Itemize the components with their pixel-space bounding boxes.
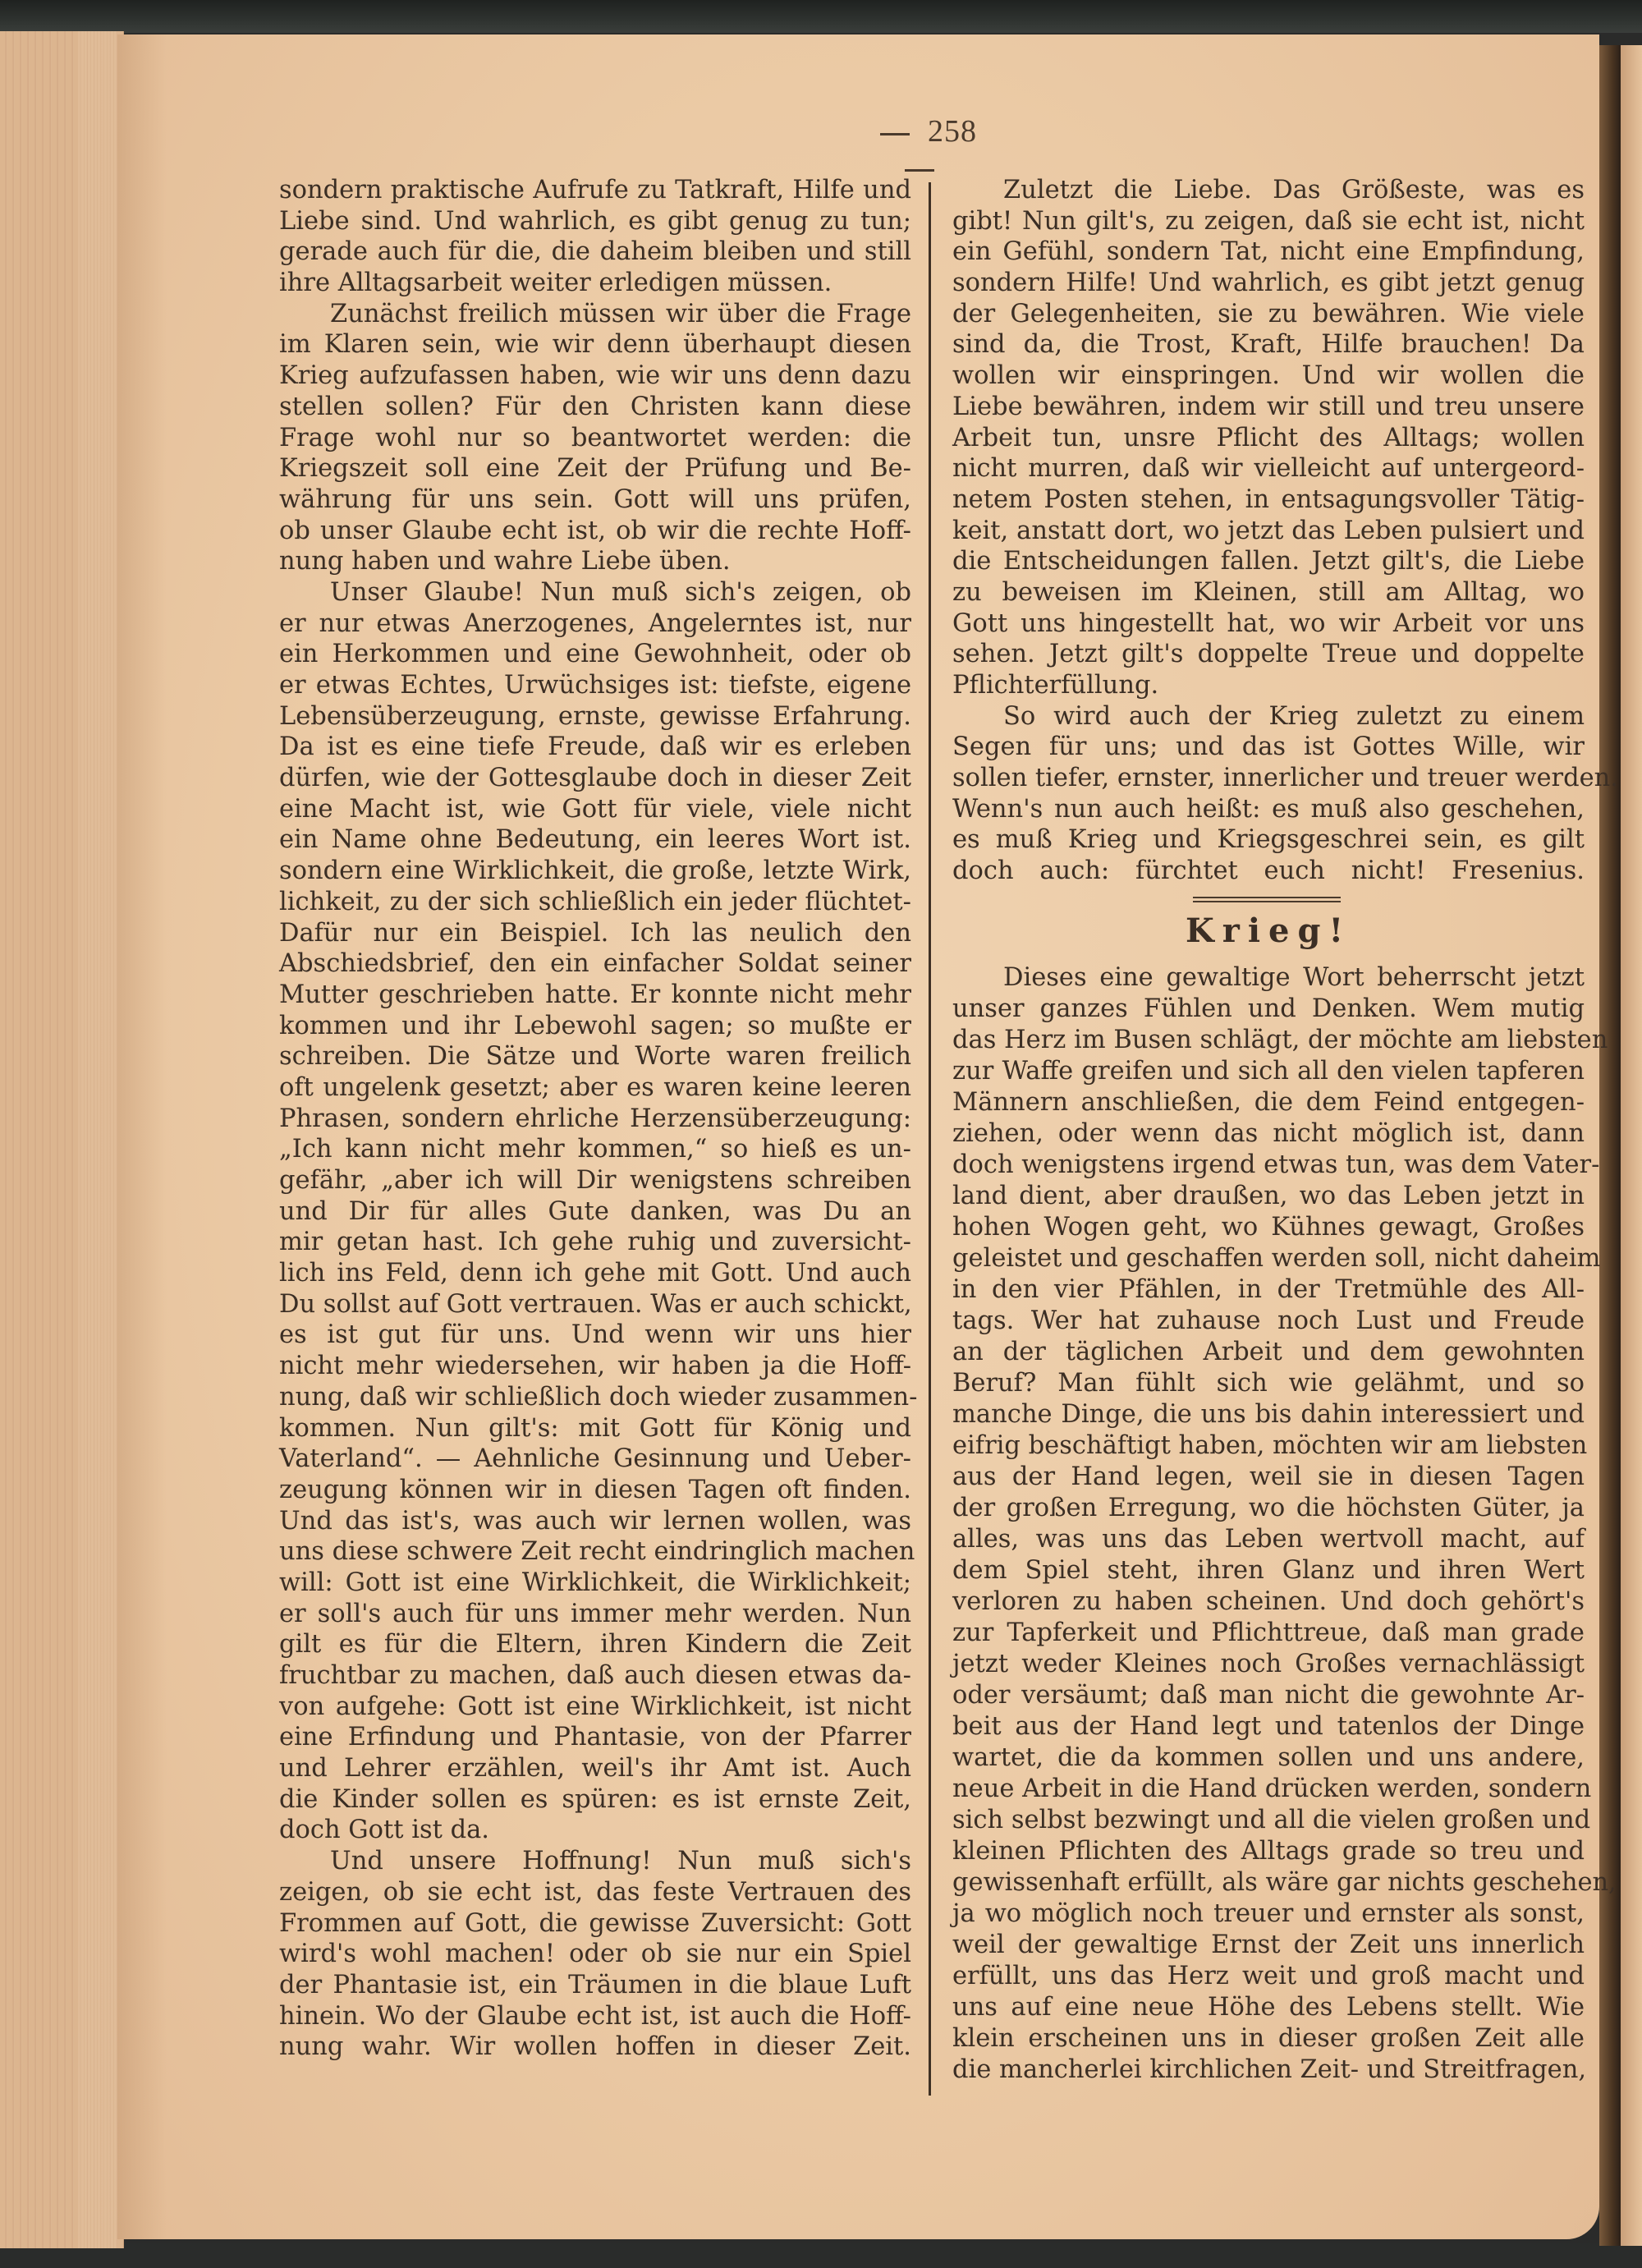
text-line: eine Macht ist, wie Gott für viele, viel…	[279, 794, 911, 825]
book-cover-bottom	[0, 2243, 1642, 2268]
text-line: der Gelegenheiten, sie zu bewähren. Wie …	[952, 299, 1585, 330]
text-line: kommen und ihr Lebewohl sagen; so mußte …	[279, 1011, 911, 1042]
text-line: oder versäumt; daß man nicht die gewohnt…	[952, 1680, 1585, 1711]
text-line: Vaterland“. — Aehnliche Gesinnung und Ue…	[279, 1444, 911, 1475]
text-line: es muß Krieg und Kriegsgeschrei sein, es…	[952, 824, 1585, 856]
text-line: im Klaren sein, wie wir denn überhaupt d…	[279, 329, 911, 360]
text-line: wird's wohl machen! oder ob sie nur ein …	[279, 1939, 911, 1970]
text-line: zeugung können wir in diesen Tagen oft f…	[279, 1475, 911, 1506]
text-line: gerade auch für die, die daheim bleiben …	[279, 236, 911, 268]
text-line: hinein. Wo der Glaube echt ist, ist auch…	[279, 2001, 911, 2032]
text-line: der großen Erregung, wo die höchsten Güt…	[952, 1493, 1585, 1524]
text-line: der Phantasie ist, ein Träumen in die bl…	[279, 1970, 911, 2001]
text-line: das Herz im Busen schlägt, der möchte am…	[952, 1025, 1585, 1056]
text-line: an der täglichen Arbeit und dem gewohnte…	[952, 1337, 1585, 1368]
text-line: ein Herkommen und eine Gewohnheit, oder …	[279, 639, 911, 670]
text-line: Du sollst auf Gott vertrauen. Was er auc…	[279, 1289, 911, 1320]
page-shadow	[117, 34, 167, 2239]
text-line: wartet, die da kommen sollen und uns and…	[952, 1742, 1585, 1774]
text-line: mir getan hast. Ich gehe ruhig und zuver…	[279, 1227, 911, 1258]
paragraph-start: So wird auch der Krieg zuletzt zu einem	[952, 701, 1585, 732]
text-line: sind da, die Trost, Kraft, Hilfe brauche…	[952, 329, 1585, 360]
text-line: oft ungelenk gesetzt; aber es waren kein…	[279, 1072, 911, 1104]
text-line: Beruf? Man fühlt sich wie gelähmt, und s…	[952, 1368, 1585, 1399]
text-line: die Kinder sollen es spüren: es ist erns…	[279, 1784, 911, 1816]
text-line: Frommen auf Gott, die gewisse Zuversicht…	[279, 1908, 911, 1940]
text-line: nung, daß wir schließlich doch wieder zu…	[279, 1382, 911, 1413]
text-line: geleistet und geschaffen werden soll, ni…	[952, 1243, 1585, 1274]
text-line: land dient, aber draußen, wo das Leben j…	[952, 1181, 1585, 1212]
text-line: Phrasen, sondern ehrliche Herzensüberzeu…	[279, 1104, 911, 1135]
text-line: lichkeit, zu der sich schließlich ein je…	[279, 887, 911, 918]
dash-left	[880, 133, 910, 135]
text-line: manche Dinge, die uns bis dahin interess…	[952, 1399, 1585, 1430]
text-line: ihre Alltagsarbeit weiter erledigen müss…	[279, 268, 911, 299]
text-line: uns diese schwere Zeit recht eindringlic…	[279, 1536, 911, 1568]
text-line: dürfen, wie der Gottesglaube doch in die…	[279, 763, 911, 794]
text-line: dem Spiel steht, ihren Glanz und ihren W…	[952, 1555, 1585, 1586]
text-line: sich selbst bezwingt und all die vielen …	[952, 1805, 1585, 1836]
text-line: Männern anschließen, die dem Feind entge…	[952, 1087, 1585, 1118]
text-line: zur Tapferkeit und Pflichttreue, daß man…	[952, 1618, 1585, 1649]
section-heading: Krieg!	[1117, 911, 1420, 950]
text-line: hohen Wogen geht, wo Kühnes gewagt, Groß…	[952, 1212, 1585, 1243]
text-line: verloren zu haben scheinen. Und doch geh…	[952, 1586, 1585, 1618]
paragraph-start: Und unsere Hoffnung! Nun muß sich's	[279, 1846, 911, 1877]
text-line: gilt es für die Eltern, ihren Kindern di…	[279, 1629, 911, 1660]
next-page-edge	[1621, 45, 1642, 2246]
text-line: sondern eine Wirklichkeit, die große, le…	[279, 856, 911, 887]
text-line: Abschiedsbrief, den ein einfacher Soldat…	[279, 948, 911, 980]
section-divider-rule	[1193, 897, 1341, 902]
text-line: er etwas Echtes, Urwüchsiges ist: tiefst…	[279, 670, 911, 701]
text-line: gewissenhaft erfüllt, als wäre gar nicht…	[952, 1867, 1585, 1898]
paragraph-start: Zunächst freilich müssen wir über die Fr…	[279, 299, 911, 330]
text-line: unser ganzes Fühlen und Denken. Wem muti…	[952, 994, 1585, 1025]
text-line: von aufgehe: Gott ist eine Wirklichkeit,…	[279, 1692, 911, 1723]
column-divider	[929, 182, 931, 2096]
text-line: sondern Hilfe! Und wahrlich, es gibt jet…	[952, 268, 1585, 299]
text-line: Lebensüberzeugung, ernste, gewisse Erfah…	[279, 701, 911, 732]
right-column-section: Dieses eine gewaltige Wort beherrscht je…	[952, 962, 1585, 2086]
text-line: schreiben. Die Sätze und Worte waren fre…	[279, 1041, 911, 1072]
text-line: Da ist es eine tiefe Freude, daß wir es …	[279, 732, 911, 763]
text-line: sehen. Jetzt gilt's doppelte Treue und d…	[952, 639, 1585, 670]
text-line: die mancherlei kirchlichen Zeit- und Str…	[952, 2055, 1585, 2086]
dash-right	[905, 169, 934, 172]
text-line: doch wenigstens irgend etwas tun, was de…	[952, 1150, 1585, 1181]
text-line: nicht murren, daß wir vielleicht auf unt…	[952, 453, 1585, 484]
text-line: nung wahr. Wir wollen hoffen in dieser Z…	[279, 2032, 911, 2063]
book-gutter	[1599, 45, 1621, 2246]
text-line: Segen für uns; und das ist Gottes Wille,…	[952, 732, 1585, 763]
text-line: weil der gewaltige Ernst der Zeit uns in…	[952, 1930, 1585, 1961]
text-line: Kriegszeit soll eine Zeit der Prüfung un…	[279, 453, 911, 484]
text-line: aus der Hand legen, weil sie in diesen T…	[952, 1462, 1585, 1493]
text-line: alles, was uns das Leben wertvoll macht,…	[952, 1524, 1585, 1555]
text-line: tags. Wer hat zuhause noch Lust und Freu…	[952, 1306, 1585, 1337]
text-line: stellen sollen? Für den Christen kann di…	[279, 392, 911, 423]
text-line: und Lehrer erzählen, weil's ihr Amt ist.…	[279, 1753, 911, 1784]
text-line: doch Gott ist da.	[279, 1815, 911, 1846]
text-line: gibt! Nun gilt's, zu zeigen, daß sie ech…	[952, 206, 1585, 237]
text-line: zu beweisen im Kleinen, still am Alltag,…	[952, 577, 1585, 608]
text-line: erfüllt, uns das Herz weit und groß mach…	[952, 1961, 1585, 1992]
text-line: währung für uns sein. Gott will uns prüf…	[279, 484, 911, 516]
text-line: klein erscheinen uns in dieser großen Ze…	[952, 2023, 1585, 2055]
text-line: zeigen, ob sie echt ist, das feste Vertr…	[279, 1877, 911, 1908]
text-line: und Dir für alles Gute danken, was Du an	[279, 1196, 911, 1228]
text-line: Gott uns hingestellt hat, wo wir Arbeit …	[952, 608, 1585, 640]
text-line: neue Arbeit in die Hand drücken werden, …	[952, 1774, 1585, 1805]
text-line: Wenn's nun auch heißt: es muß also gesch…	[952, 794, 1585, 825]
text-line: fruchtbar zu machen, daß auch diesen etw…	[279, 1660, 911, 1692]
text-line: Liebe sind. Und wahrlich, es gibt genug …	[279, 206, 911, 237]
text-line: beit aus der Hand legt und tatenlos der …	[952, 1711, 1585, 1742]
text-line: kleinen Pflichten des Alltags grade so t…	[952, 1836, 1585, 1867]
text-line: jetzt weder Kleines noch Großes vernachl…	[952, 1649, 1585, 1680]
text-line: Frage wohl nur so beantwortet werden: di…	[279, 423, 911, 454]
text-line: lich ins Feld, denn ich gehe mit Gott. U…	[279, 1258, 911, 1289]
left-column: sondern praktische Aufrufe zu Tatkraft, …	[279, 175, 911, 2063]
text-line: eine Erfindung und Phantasie, von der Pf…	[279, 1722, 911, 1753]
text-line: ob unser Glaube echt ist, ob wir die rec…	[279, 516, 911, 547]
page-number: 258	[928, 114, 977, 149]
text-line: wollen wir einspringen. Und wir wollen d…	[952, 360, 1585, 392]
text-line: kommen. Nun gilt's: mit Gott für König u…	[279, 1413, 911, 1444]
text-line: Und das ist's, was auch wir lernen wolle…	[279, 1506, 911, 1537]
paragraph-start: Dieses eine gewaltige Wort beherrscht je…	[952, 962, 1585, 994]
text-line: er nur etwas Anerzogenes, Angelerntes is…	[279, 608, 911, 640]
text-line: keit, anstatt dort, wo jetzt das Leben p…	[952, 516, 1585, 547]
text-line: in den vier Pfählen, in der Tretmühle de…	[952, 1274, 1585, 1306]
text-line: Pflichterfüllung.	[952, 670, 1585, 701]
paragraph-start: Unser Glaube! Nun muß sich's zeigen, ob	[279, 577, 911, 608]
text-line: „Ich kann nicht mehr kommen,“ so hieß es…	[279, 1134, 911, 1165]
text-line: uns auf eine neue Höhe des Lebens stellt…	[952, 1992, 1585, 2023]
text-line: Mutter geschrieben hatte. Er konnte nich…	[279, 980, 911, 1011]
author-signature-line: doch auch: fürchtet euch nicht! Freseniu…	[952, 856, 1585, 887]
text-line: ein Gefühl, sondern Tat, nicht eine Empf…	[952, 236, 1585, 268]
text-line: die Entscheidungen fallen. Jetzt gilt's,…	[952, 546, 1585, 577]
right-column: Zuletzt die Liebe. Das Größeste, was es …	[952, 175, 1585, 887]
text-line: ein Name ohne Bedeutung, ein leeres Wort…	[279, 824, 911, 856]
text-line: zur Waffe greifen und sich all den viele…	[952, 1056, 1585, 1087]
text-line: sondern praktische Aufrufe zu Tatkraft, …	[279, 175, 911, 206]
text-line: Liebe bewähren, indem wir still und treu…	[952, 392, 1585, 423]
paragraph-start: Zuletzt die Liebe. Das Größeste, was es	[952, 175, 1585, 206]
text-line: will: Gott ist eine Wirklichkeit, die Wi…	[279, 1568, 911, 1599]
text-line: gefähr, „aber ich will Dir wenigstens sc…	[279, 1165, 911, 1196]
text-line: eifrig beschäftigt haben, möchten wir am…	[952, 1430, 1585, 1462]
text-line: ja wo möglich noch treuer und ernster al…	[952, 1898, 1585, 1930]
text-line: netem Posten stehen, in entsagungsvoller…	[952, 484, 1585, 516]
page-edges-inner	[78, 31, 117, 2248]
text-line: nicht mehr wiedersehen, wir haben ja die…	[279, 1351, 911, 1382]
stacked-page-edges	[0, 31, 124, 2248]
book-cover-top	[0, 0, 1642, 33]
text-line: nung haben und wahre Liebe üben.	[279, 546, 911, 577]
text-line: es ist gut für uns. Und wenn wir uns hie…	[279, 1320, 911, 1351]
text-line: Arbeit tun, unsre Pflicht des Alltags; w…	[952, 423, 1585, 454]
text-line: sollen tiefer, ernster, innerlicher und …	[952, 763, 1585, 794]
text-line: Krieg aufzufassen haben, wie wir uns den…	[279, 360, 911, 392]
text-line: Dafür nur ein Beispiel. Ich las neulich …	[279, 918, 911, 949]
text-line: er soll's auch für uns immer mehr werden…	[279, 1599, 911, 1630]
text-line: ziehen, oder wenn das nicht möglich ist,…	[952, 1118, 1585, 1150]
